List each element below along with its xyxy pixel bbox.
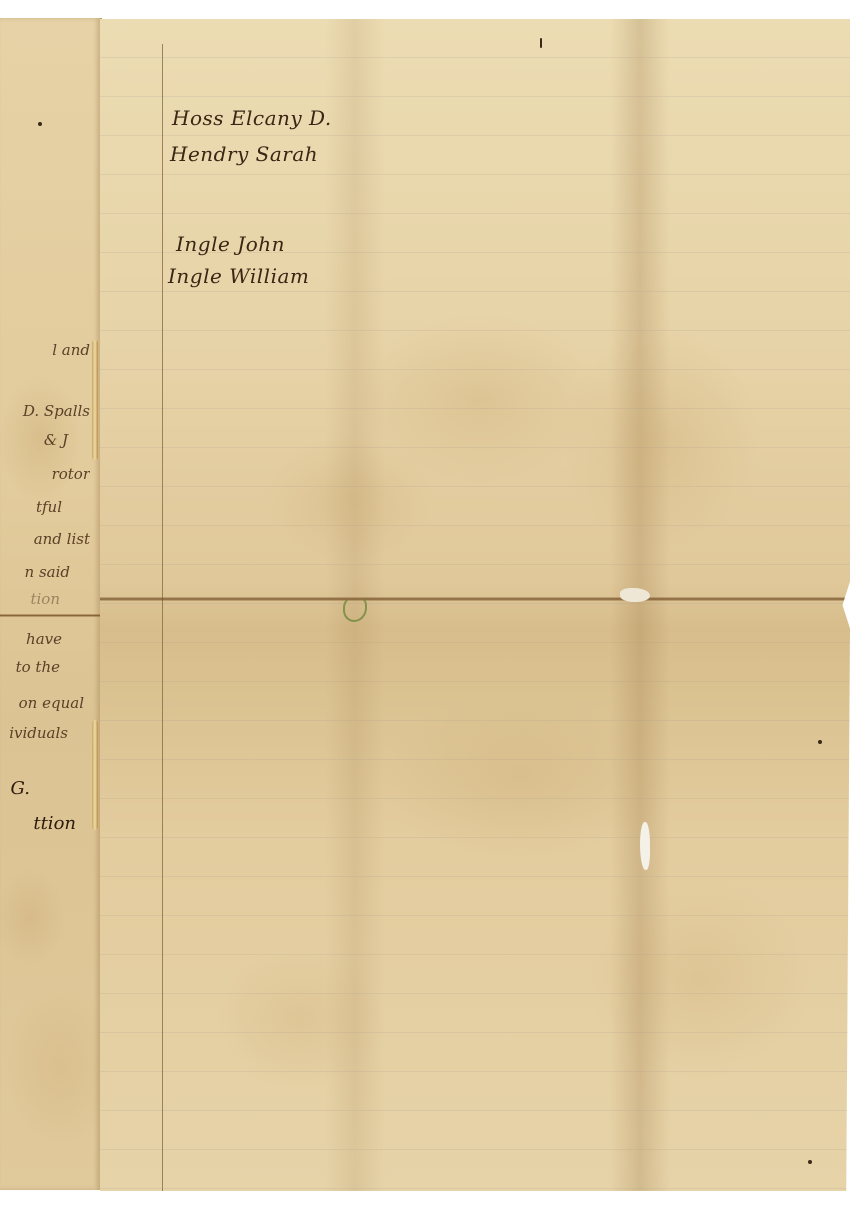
binding-stitch (92, 340, 98, 460)
signature-initial: G. (11, 778, 30, 799)
signature-name: ttion (33, 813, 76, 834)
name-entry: Ingle John (176, 232, 285, 256)
ink-spot (808, 1160, 812, 1164)
ink-spot (818, 740, 822, 744)
left-line: l and (52, 341, 90, 359)
paper-tear (620, 588, 650, 602)
left-line: ividuals (9, 724, 68, 742)
left-line: tion (30, 590, 60, 608)
left-line: to the (16, 658, 60, 676)
name-entry: Hendry Sarah (170, 142, 318, 166)
margin-line (162, 44, 163, 1194)
binding-stitch (92, 720, 98, 830)
name-entry: Hoss Elcany D. (172, 106, 332, 130)
ruled-lines (100, 19, 850, 1191)
left-line: have (26, 630, 62, 648)
left-page-fragment: l and D. Spalls & J rotor tful and list … (0, 18, 102, 1190)
left-line: tful (36, 498, 62, 516)
paper-hole (640, 822, 650, 870)
ink-spot (38, 122, 42, 126)
name-entry: Ingle William (168, 264, 309, 288)
left-line: D. Spalls (23, 402, 90, 420)
left-line: on equal (19, 694, 84, 712)
left-line: and list (34, 530, 90, 548)
fold-crease (100, 597, 850, 601)
right-page (100, 19, 850, 1191)
left-line: rotor (52, 465, 90, 483)
left-line: & J (44, 431, 68, 449)
left-line: n said (25, 563, 70, 581)
document-scan: l and D. Spalls & J rotor tful and list … (0, 0, 867, 1215)
ink-mark (540, 38, 542, 48)
left-page-text: l and D. Spalls & J rotor tful and list … (0, 18, 90, 1190)
